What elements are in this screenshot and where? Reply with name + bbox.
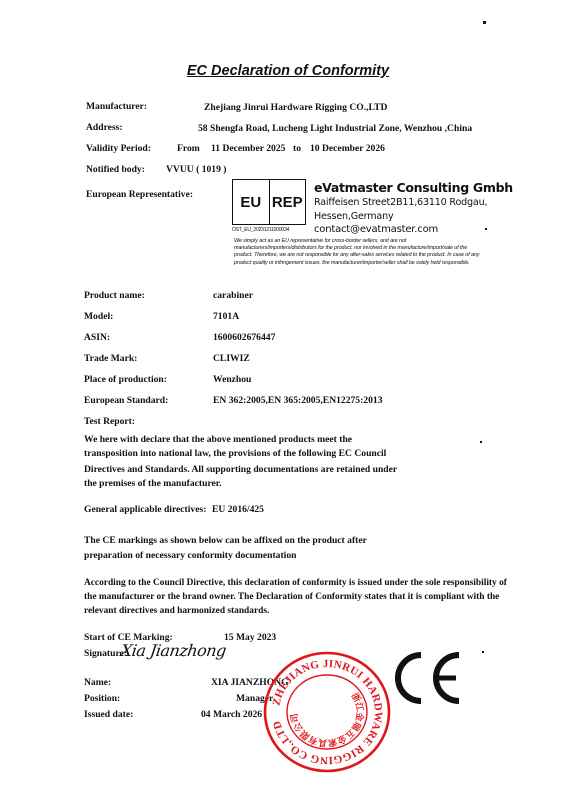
position-label: Position:: [84, 693, 120, 704]
ce-markings-line-2: preparation of necessary conformity docu…: [84, 550, 296, 561]
manufacturer-value: Zhejiang Jinrui Hardware Rigging CO.,LTD: [204, 102, 387, 113]
eu-rep-disclaimer: We simply act as an EU representative fo…: [234, 238, 486, 267]
address-value: 58 Shengfa Road, Lucheng Light Industria…: [198, 123, 472, 134]
eu-rep-address-line1: Raiffeisen Street2B11,63110 Rodgau,: [314, 197, 487, 208]
product-field-value: carabiner: [213, 290, 253, 301]
product-field-value: Wenzhou: [213, 374, 251, 385]
ce-mark-icon: [392, 650, 464, 706]
declaration-line-3: Directives and Standards. All supporting…: [84, 464, 397, 475]
start-ce-value: 15 May 2023: [224, 632, 276, 643]
eu-rep-address-line2: Hessen,Germany: [314, 211, 393, 222]
declaration-line-1: We here with declare that the above ment…: [84, 434, 352, 445]
product-field-value: EN 362:2005,EN 365:2005,EN12275:2013: [213, 395, 383, 406]
notified-body-value: VVUU ( 1019 ): [166, 164, 227, 175]
product-field-value: 7101A: [213, 311, 239, 322]
speck-mark: [485, 228, 487, 230]
council-line-2: the manufacturer or the brand owner. The…: [84, 592, 499, 602]
product-field-label: ASIN:: [84, 332, 110, 343]
validity-from-date: 11 December 2025: [211, 143, 285, 154]
declaration-line-4: the premises of the manufacturer.: [84, 478, 222, 489]
declaration-line-2: transposition into national law, the pro…: [84, 448, 386, 459]
validity-from-label: From: [177, 143, 200, 154]
validity-to-date: 10 December 2026: [310, 143, 385, 154]
product-field-label: Model:: [84, 311, 113, 322]
issued-date-label: Issued date:: [84, 709, 133, 720]
council-line-1: According to the Council Directive, this…: [84, 578, 507, 588]
svg-text:浙江金瑞五金索具有限公司: 浙江金瑞五金索具有限公司: [288, 691, 367, 750]
eu-rep-logo-eu: EU: [233, 180, 269, 224]
product-field-value: CLIWIZ: [213, 353, 250, 364]
validity-to-label: to: [293, 143, 301, 154]
product-field-label: Place of production:: [84, 374, 167, 385]
speck-mark: [482, 651, 484, 653]
product-field-label: European Standard:: [84, 395, 168, 406]
company-stamp: ZHEJIANG JINRUI HARDWARE RIGGING CO.,LTD…: [262, 650, 392, 779]
european-representative-label: European Representative:: [86, 189, 193, 200]
directives-value: EU 2016/425: [212, 504, 264, 515]
ce-mark: [392, 650, 464, 711]
notified-body-label: Notified body:: [86, 164, 145, 175]
name-label: Name:: [84, 677, 111, 688]
product-field-label: Trade Mark:: [84, 353, 137, 364]
product-field-label: Product name:: [84, 290, 145, 301]
speck-mark: [480, 441, 482, 443]
directives-label: General applicable directives:: [84, 504, 206, 515]
product-field-value: 1600602676447: [213, 332, 275, 343]
eu-rep-email: contact@evatmaster.com: [314, 224, 438, 235]
document-title: EC Declaration of Conformity: [0, 63, 576, 79]
ce-markings-line-1: The CE markings as shown below can be af…: [84, 535, 367, 546]
speck-mark: [483, 21, 486, 24]
council-line-3: relevant directives and harmonized stand…: [84, 606, 269, 616]
company-stamp-seal: ZHEJIANG JINRUI HARDWARE RIGGING CO.,LTD…: [262, 650, 392, 774]
eu-rep-logo: EU REP: [232, 179, 306, 225]
issued-date-value: 04 March 2026: [201, 709, 262, 720]
eu-rep-code: OST_EU_20231211000034: [232, 227, 289, 233]
manufacturer-label: Manufacturer:: [86, 101, 147, 112]
validity-label: Validity Period:: [86, 143, 151, 154]
handwritten-signature: Xia Jianzhong: [120, 641, 228, 660]
product-field-label: Test Report:: [84, 416, 135, 427]
address-label: Address:: [86, 122, 123, 133]
eu-rep-company: eVatmaster Consulting Gmbh: [314, 180, 513, 195]
eu-rep-logo-rep: REP: [269, 180, 306, 224]
